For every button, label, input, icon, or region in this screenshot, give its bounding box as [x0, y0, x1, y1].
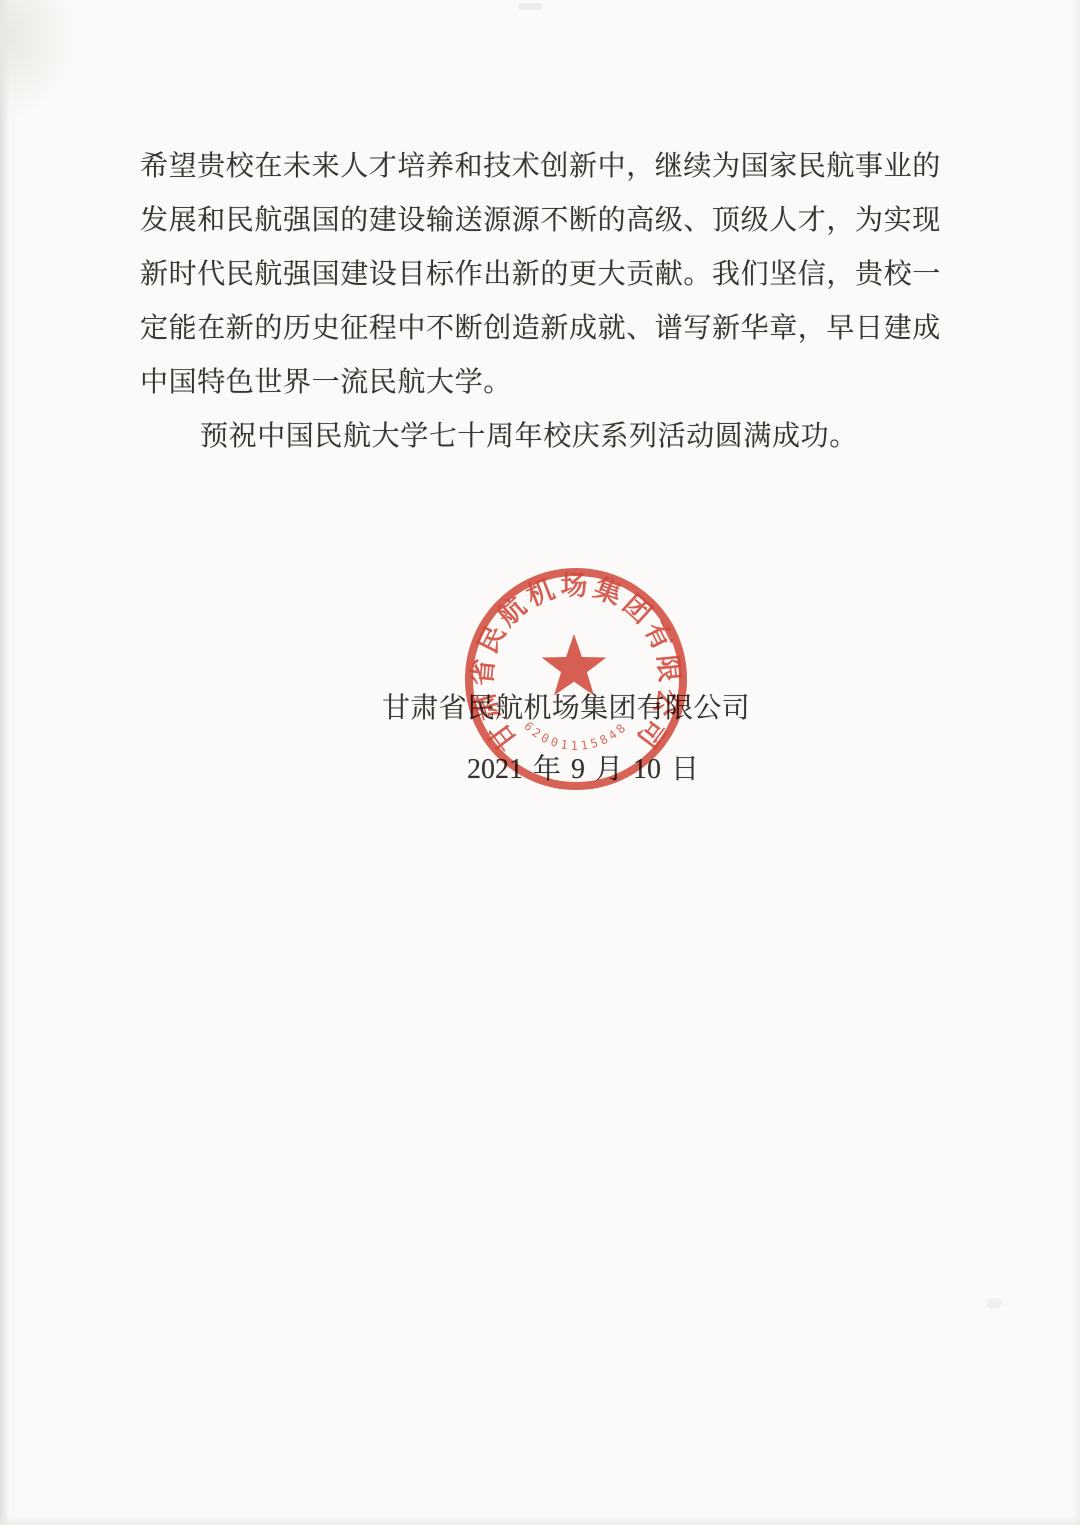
letter-body: 希望贵校在未来人才培养和技术创新中，继续为国家民航事业的 发展和民航强国的建设输… [140, 140, 970, 464]
seal-code: 62001115848 [521, 719, 630, 753]
letter-page: 希望贵校在未来人才培养和技术创新中，继续为国家民航事业的 发展和民航强国的建设输… [0, 0, 1080, 1525]
body-line-3: 新时代民航强国建设目标作出新的更大贡献。我们坚信，贵校一 [140, 248, 970, 302]
scan-edge-bottom [0, 1515, 1080, 1525]
scan-artifact-top [518, 3, 542, 10]
body-line-4: 定能在新的历史征程中不断创造新成就、谱写新华章，早日建成 [140, 302, 970, 356]
body-line-2: 发展和民航强国的建设输送源源不断的高级、顶级人才，为实现 [140, 194, 970, 248]
star-icon [542, 634, 607, 696]
svg-text:62001115848: 62001115848 [521, 719, 630, 753]
body-line-5: 中国特色世界一流民航大学。 [140, 356, 970, 410]
scan-corner-smudge [0, 0, 80, 120]
scan-artifact-bottom-right [986, 1298, 1002, 1309]
body-line-wish: 预祝中国民航大学七十周年校庆系列活动圆满成功。 [140, 410, 970, 464]
body-line-1: 希望贵校在未来人才培养和技术创新中，继续为国家民航事业的 [140, 140, 970, 194]
scan-edge-right [1072, 0, 1080, 1525]
scan-edge-left [0, 0, 10, 1525]
company-seal: 甘肃省民航机场集团有限公司 62001115848 [446, 549, 706, 809]
